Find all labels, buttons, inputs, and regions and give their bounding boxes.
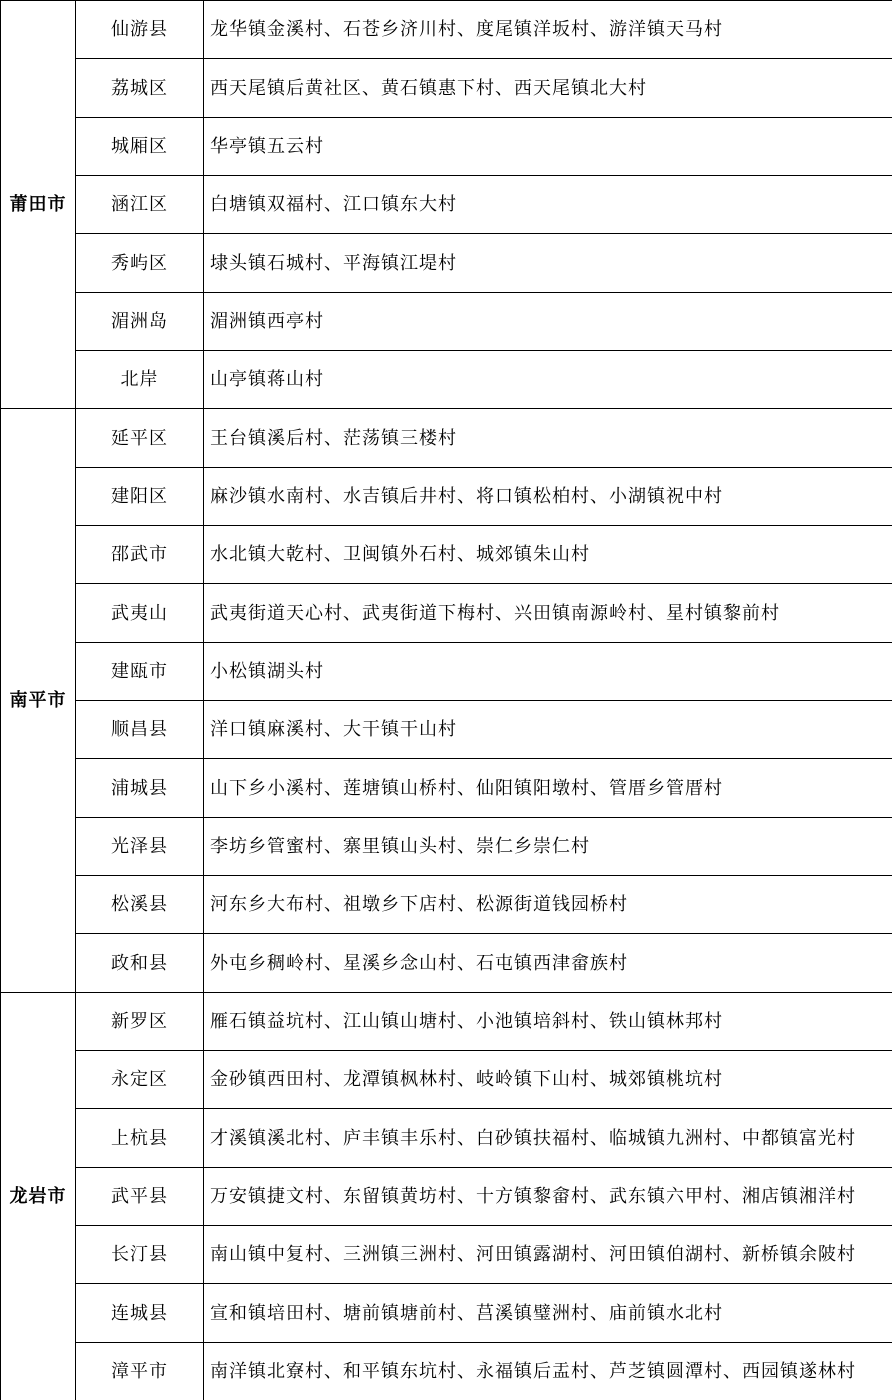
table-row: 涵江区白塘镇双福村、江口镇东大村: [1, 175, 892, 233]
villages-cell: 湄洲镇西亭村: [204, 292, 892, 350]
county-cell: 漳平市: [76, 1342, 204, 1400]
table-row: 城厢区华亭镇五云村: [1, 117, 892, 175]
table-row: 荔城区西天尾镇后黄社区、黄石镇惠下村、西天尾镇北大村: [1, 59, 892, 117]
county-cell: 武夷山: [76, 584, 204, 642]
villages-cell: 山下乡小溪村、莲塘镇山桥村、仙阳镇阳墩村、管厝乡管厝村: [204, 759, 892, 817]
villages-cell: 万安镇捷文村、东留镇黄坊村、十方镇黎畲村、武东镇六甲村、湘店镇湘洋村: [204, 1167, 892, 1225]
villages-cell: 宣和镇培田村、塘前镇塘前村、莒溪镇璧洲村、庙前镇水北村: [204, 1284, 892, 1342]
table-row: 建瓯市小松镇湖头村: [1, 642, 892, 700]
table-row: 光泽县李坊乡管蜜村、寨里镇山头村、崇仁乡崇仁村: [1, 817, 892, 875]
villages-cell: 武夷街道天心村、武夷街道下梅村、兴田镇南源岭村、星村镇黎前村: [204, 584, 892, 642]
county-cell: 顺昌县: [76, 700, 204, 758]
table-row: 建阳区麻沙镇水南村、水吉镇后井村、将口镇松柏村、小湖镇祝中村: [1, 467, 892, 525]
county-cell: 松溪县: [76, 875, 204, 933]
village-table-body: 莆田市仙游县龙华镇金溪村、石苍乡济川村、度尾镇洋坂村、游洋镇天马村荔城区西天尾镇…: [1, 1, 892, 1400]
table-row: 上杭县才溪镇溪北村、庐丰镇丰乐村、白砂镇扶福村、临城镇九洲村、中都镇富光村: [1, 1109, 892, 1167]
villages-cell: 埭头镇石城村、平海镇江堤村: [204, 234, 892, 292]
county-cell: 邵武市: [76, 525, 204, 583]
city-cell: 莆田市: [1, 1, 76, 409]
county-cell: 北岸: [76, 350, 204, 408]
county-cell: 新罗区: [76, 992, 204, 1050]
county-cell: 上杭县: [76, 1109, 204, 1167]
county-cell: 城厢区: [76, 117, 204, 175]
table-row: 龙岩市新罗区雁石镇益坑村、江山镇山塘村、小池镇培斜村、铁山镇林邦村: [1, 992, 892, 1050]
county-cell: 荔城区: [76, 59, 204, 117]
table-row: 漳平市南洋镇北寮村、和平镇东坑村、永福镇后盂村、芦芝镇圆潭村、西园镇遂林村: [1, 1342, 892, 1400]
county-cell: 仙游县: [76, 1, 204, 59]
county-cell: 连城县: [76, 1284, 204, 1342]
county-cell: 秀屿区: [76, 234, 204, 292]
table-row: 浦城县山下乡小溪村、莲塘镇山桥村、仙阳镇阳墩村、管厝乡管厝村: [1, 759, 892, 817]
table-row: 湄洲岛湄洲镇西亭村: [1, 292, 892, 350]
villages-cell: 龙华镇金溪村、石苍乡济川村、度尾镇洋坂村、游洋镇天马村: [204, 1, 892, 59]
document-page: 莆田市仙游县龙华镇金溪村、石苍乡济川村、度尾镇洋坂村、游洋镇天马村荔城区西天尾镇…: [0, 0, 892, 1400]
village-table: 莆田市仙游县龙华镇金溪村、石苍乡济川村、度尾镇洋坂村、游洋镇天马村荔城区西天尾镇…: [0, 0, 892, 1400]
county-cell: 湄洲岛: [76, 292, 204, 350]
villages-cell: 南洋镇北寮村、和平镇东坑村、永福镇后盂村、芦芝镇圆潭村、西园镇遂林村: [204, 1342, 892, 1400]
table-row: 政和县外屯乡稠岭村、星溪乡念山村、石屯镇西津畲族村: [1, 934, 892, 992]
table-row: 长汀县南山镇中复村、三洲镇三洲村、河田镇露湖村、河田镇伯湖村、新桥镇余陂村: [1, 1225, 892, 1283]
table-row: 武平县万安镇捷文村、东留镇黄坊村、十方镇黎畲村、武东镇六甲村、湘店镇湘洋村: [1, 1167, 892, 1225]
table-row: 莆田市仙游县龙华镇金溪村、石苍乡济川村、度尾镇洋坂村、游洋镇天马村: [1, 1, 892, 59]
villages-cell: 李坊乡管蜜村、寨里镇山头村、崇仁乡崇仁村: [204, 817, 892, 875]
county-cell: 建阳区: [76, 467, 204, 525]
county-cell: 光泽县: [76, 817, 204, 875]
county-cell: 建瓯市: [76, 642, 204, 700]
villages-cell: 外屯乡稠岭村、星溪乡念山村、石屯镇西津畲族村: [204, 934, 892, 992]
villages-cell: 雁石镇益坑村、江山镇山塘村、小池镇培斜村、铁山镇林邦村: [204, 992, 892, 1050]
villages-cell: 洋口镇麻溪村、大干镇干山村: [204, 700, 892, 758]
table-row: 北岸山亭镇蒋山村: [1, 350, 892, 408]
villages-cell: 华亭镇五云村: [204, 117, 892, 175]
villages-cell: 南山镇中复村、三洲镇三洲村、河田镇露湖村、河田镇伯湖村、新桥镇余陂村: [204, 1225, 892, 1283]
villages-cell: 才溪镇溪北村、庐丰镇丰乐村、白砂镇扶福村、临城镇九洲村、中都镇富光村: [204, 1109, 892, 1167]
table-row: 松溪县河东乡大布村、祖墩乡下店村、松源街道钱园桥村: [1, 875, 892, 933]
villages-cell: 河东乡大布村、祖墩乡下店村、松源街道钱园桥村: [204, 875, 892, 933]
county-cell: 浦城县: [76, 759, 204, 817]
villages-cell: 西天尾镇后黄社区、黄石镇惠下村、西天尾镇北大村: [204, 59, 892, 117]
city-cell: 南平市: [1, 409, 76, 992]
county-cell: 武平县: [76, 1167, 204, 1225]
table-row: 武夷山武夷街道天心村、武夷街道下梅村、兴田镇南源岭村、星村镇黎前村: [1, 584, 892, 642]
table-row: 邵武市水北镇大乾村、卫闽镇外石村、城郊镇朱山村: [1, 525, 892, 583]
villages-cell: 金砂镇西田村、龙潭镇枫林村、岐岭镇下山村、城郊镇桃坑村: [204, 1050, 892, 1108]
villages-cell: 麻沙镇水南村、水吉镇后井村、将口镇松柏村、小湖镇祝中村: [204, 467, 892, 525]
villages-cell: 山亭镇蒋山村: [204, 350, 892, 408]
county-cell: 延平区: [76, 409, 204, 467]
table-row: 顺昌县洋口镇麻溪村、大干镇干山村: [1, 700, 892, 758]
table-row: 秀屿区埭头镇石城村、平海镇江堤村: [1, 234, 892, 292]
county-cell: 政和县: [76, 934, 204, 992]
villages-cell: 小松镇湖头村: [204, 642, 892, 700]
table-row: 连城县宣和镇培田村、塘前镇塘前村、莒溪镇璧洲村、庙前镇水北村: [1, 1284, 892, 1342]
villages-cell: 水北镇大乾村、卫闽镇外石村、城郊镇朱山村: [204, 525, 892, 583]
county-cell: 永定区: [76, 1050, 204, 1108]
city-cell: 龙岩市: [1, 992, 76, 1400]
county-cell: 长汀县: [76, 1225, 204, 1283]
villages-cell: 王台镇溪后村、茫荡镇三楼村: [204, 409, 892, 467]
county-cell: 涵江区: [76, 175, 204, 233]
table-row: 永定区金砂镇西田村、龙潭镇枫林村、岐岭镇下山村、城郊镇桃坑村: [1, 1050, 892, 1108]
table-row: 南平市延平区王台镇溪后村、茫荡镇三楼村: [1, 409, 892, 467]
villages-cell: 白塘镇双福村、江口镇东大村: [204, 175, 892, 233]
